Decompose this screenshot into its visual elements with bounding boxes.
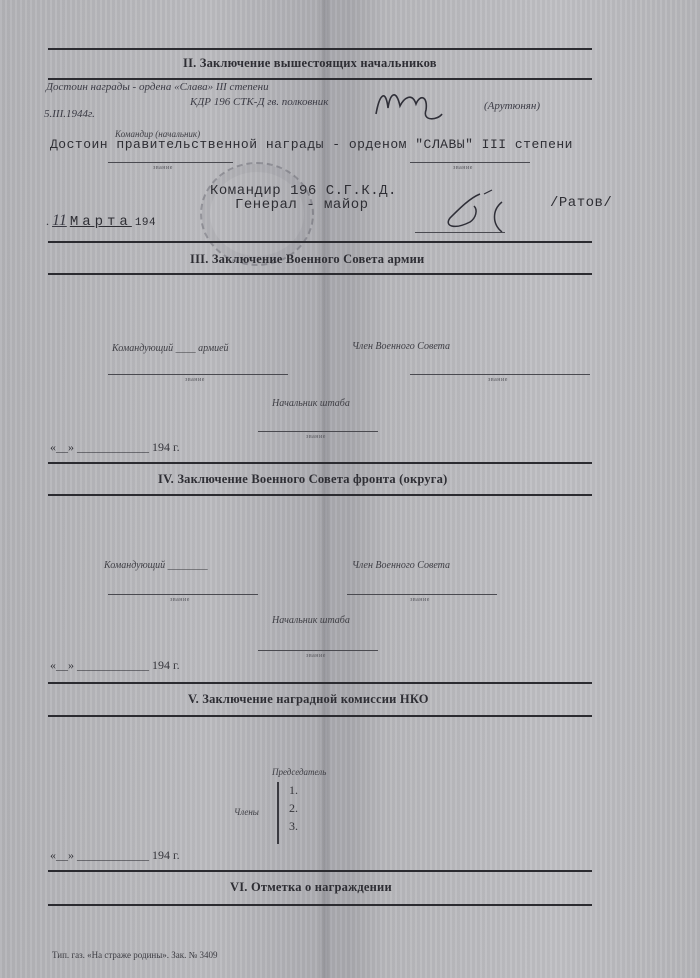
date-dot: . xyxy=(46,214,49,228)
rank-line-center xyxy=(258,650,378,651)
divider-rule xyxy=(48,48,592,50)
rank-line-left xyxy=(108,374,288,375)
divider-rule xyxy=(48,273,592,275)
section-title-ii: II. Заключение вышестоящих начальников xyxy=(183,56,437,71)
members-brace xyxy=(277,782,279,844)
divider-rule xyxy=(48,870,592,872)
label-chief-of-staff: Начальник штаба xyxy=(272,615,350,626)
rank-line-left xyxy=(108,162,233,163)
rank-line-left xyxy=(108,594,258,595)
section4-date: «__» ____________ 194 г. xyxy=(50,658,180,673)
rank-line-center xyxy=(258,431,378,432)
label-front-commander: Командующий ________ xyxy=(104,560,208,571)
divider-rule xyxy=(48,241,592,243)
label-army-commander: Командующий ____ армией xyxy=(112,343,229,354)
member-number-2: 2. xyxy=(289,801,298,816)
signature-arutyunyan xyxy=(372,84,452,124)
label-rank-right: звание xyxy=(410,597,430,603)
handwritten-recommendation: Достоин награды - ордена «Слава» III сте… xyxy=(46,81,269,93)
section-title-vi: VI. Отметка о награждении xyxy=(230,880,392,895)
section-title-iii: III. Заключение Военного Совета армии xyxy=(190,252,424,267)
label-chief-of-staff: Начальник штаба xyxy=(272,398,350,409)
divider-rule xyxy=(48,682,592,684)
divider-rule xyxy=(48,904,592,906)
typed-award-conclusion: Достоин правительственной награды - орде… xyxy=(50,137,573,152)
rank-line-right xyxy=(347,594,497,595)
label-rank-left: звание xyxy=(185,377,205,383)
date-year: 194 xyxy=(135,217,156,229)
rank-line-right xyxy=(410,374,590,375)
official-round-stamp xyxy=(200,162,314,266)
section-title-v: V. Заключение наградной комиссии НКО xyxy=(188,692,429,707)
divider-rule xyxy=(48,78,592,80)
label-council-member: Член Военного Совета xyxy=(352,560,450,571)
date-day: 11 xyxy=(52,212,67,229)
date-month: Марта xyxy=(70,214,132,230)
label-rank-left: звание xyxy=(153,165,173,171)
rank-line-right xyxy=(410,162,530,163)
label-council-member: Член Военного Совета xyxy=(352,341,450,352)
divider-rule xyxy=(48,715,592,717)
signature-ratov xyxy=(440,188,520,238)
label-chairman: Председатель xyxy=(272,767,326,777)
handwritten-date: 5.III.1944г. xyxy=(44,108,95,120)
label-rank-right: звание xyxy=(453,165,473,171)
label-rank-right: звание xyxy=(488,377,508,383)
typed-signer-name: /Ратов/ xyxy=(550,195,612,211)
label-rank-left: звание xyxy=(170,597,190,603)
handwritten-signer-name: (Арутюнян) xyxy=(484,100,540,112)
printer-footnote: Тип. газ. «На страже родины». Зак. № 340… xyxy=(52,950,217,960)
typed-commander-rank: Генерал - майор xyxy=(235,197,369,213)
section-title-iv: IV. Заключение Военного Совета фронта (о… xyxy=(158,472,447,487)
divider-rule xyxy=(48,494,592,496)
member-number-1: 1. xyxy=(289,783,298,798)
handwritten-unit-rank: КДР 196 СТК-Д гв. полковник xyxy=(190,96,328,108)
section3-date: «__» ____________ 194 г. xyxy=(50,440,180,455)
section2-date: . 11 Марта 194 xyxy=(46,212,156,230)
label-rank-center: звание xyxy=(306,653,326,659)
section5-date: «__» ____________ 194 г. xyxy=(50,848,180,863)
member-number-3: 3. xyxy=(289,819,298,834)
label-rank-center: звание xyxy=(306,434,326,440)
signature-line xyxy=(415,232,505,233)
divider-rule xyxy=(48,462,592,464)
label-members: Члены xyxy=(234,807,259,817)
